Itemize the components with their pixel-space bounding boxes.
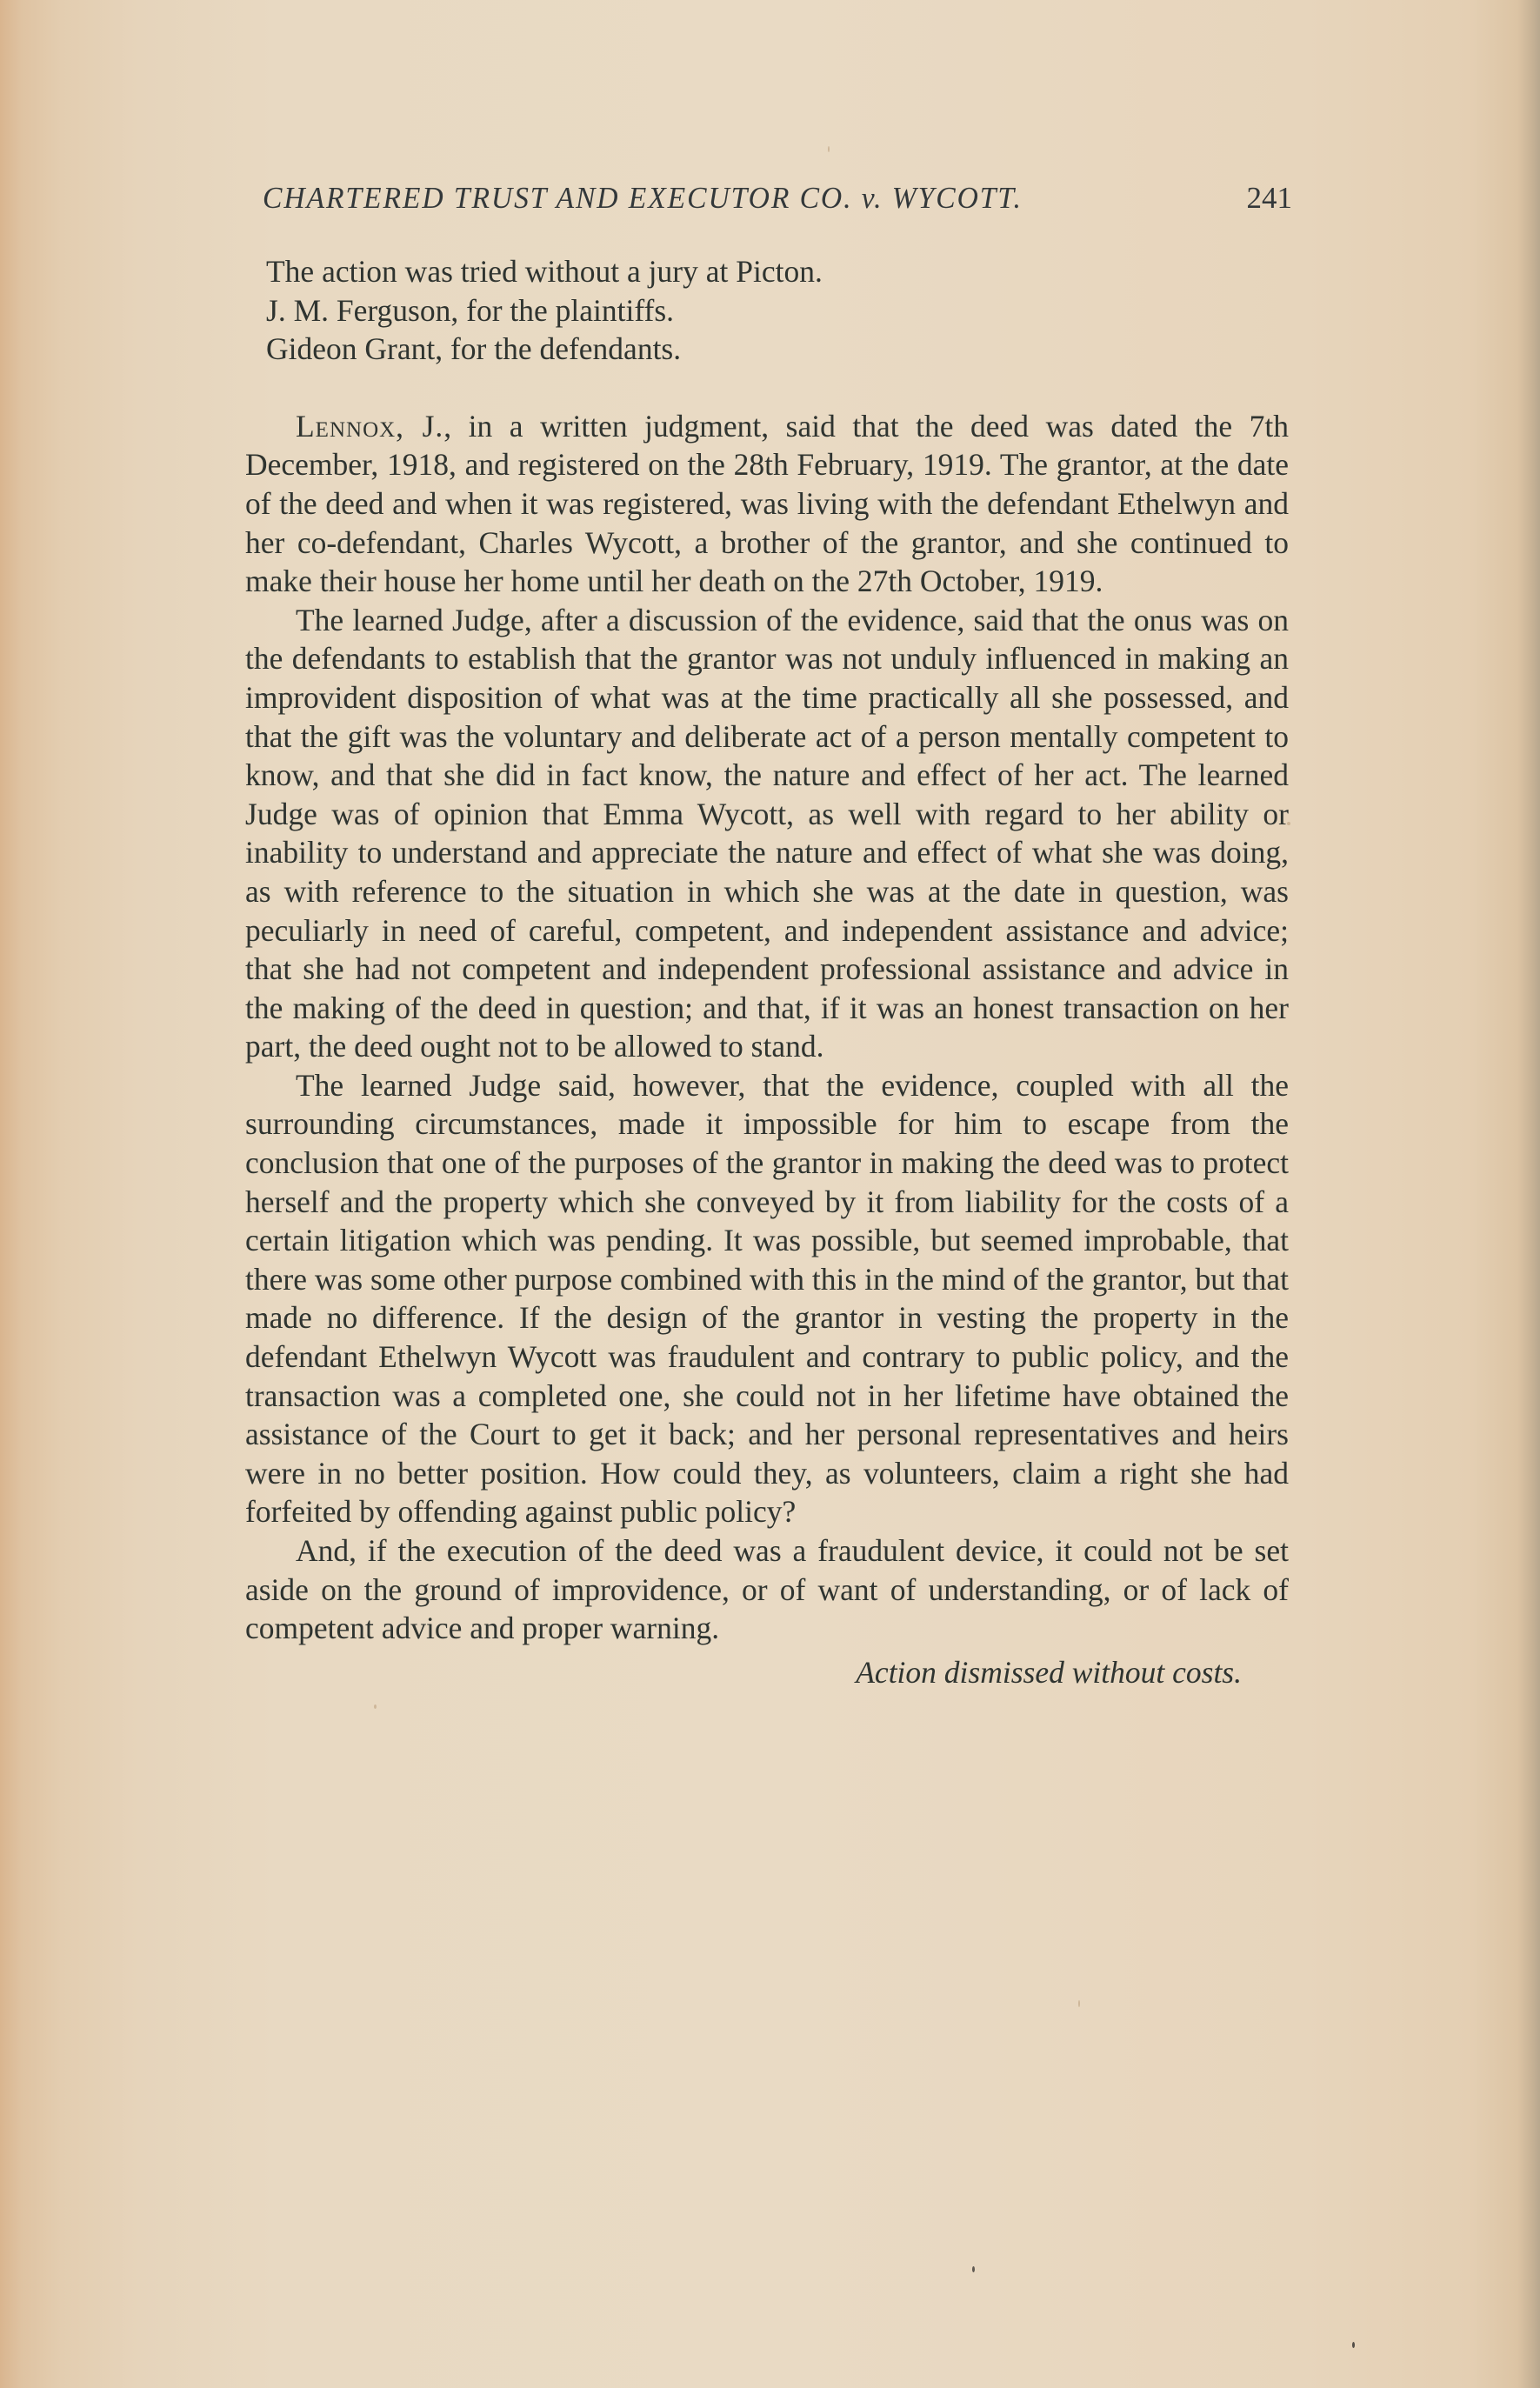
paper-speck	[1352, 2342, 1355, 2348]
paragraph-text: The learned Judge, after a discussion of…	[245, 603, 1289, 1064]
judgment-paragraph-2: The learned Judge, after a discussion of…	[245, 601, 1289, 1066]
judgment-paragraph-1: Lennox, J., in a written judgment, said …	[245, 407, 1289, 601]
disposition: Action dismissed without costs.	[245, 1653, 1289, 1692]
judgment-paragraph-3: The learned Judge said, however, that th…	[245, 1066, 1289, 1531]
page-number: 241	[1247, 181, 1293, 216]
paper-speck	[1078, 2000, 1080, 2007]
counsel-block: The action was tried without a jury at P…	[245, 252, 1289, 369]
paper-speck	[828, 146, 830, 152]
judge-name: Lennox, J.	[296, 409, 443, 444]
paragraph-text: And, if the execution of the deed was a …	[245, 1533, 1289, 1645]
paper-speck	[972, 2266, 975, 2272]
defendants-counsel: Gideon Grant, for the defendants.	[245, 330, 1289, 369]
paragraph-text: The learned Judge said, however, that th…	[245, 1068, 1289, 1530]
judgment-paragraph-4: And, if the execution of the deed was a …	[245, 1531, 1289, 1648]
running-head: CHARTERED TRUST AND EXECUTOR CO. v. WYCO…	[245, 181, 1289, 224]
plaintiffs-counsel: J. M. Ferguson, for the plaintiffs.	[245, 291, 1289, 330]
body-text: The action was tried without a jury at P…	[245, 252, 1289, 1691]
trial-note: The action was tried without a jury at P…	[245, 252, 1289, 291]
case-title: CHARTERED TRUST AND EXECUTOR CO. v. WYCO…	[263, 181, 1023, 216]
paper-speck	[374, 1704, 377, 1709]
